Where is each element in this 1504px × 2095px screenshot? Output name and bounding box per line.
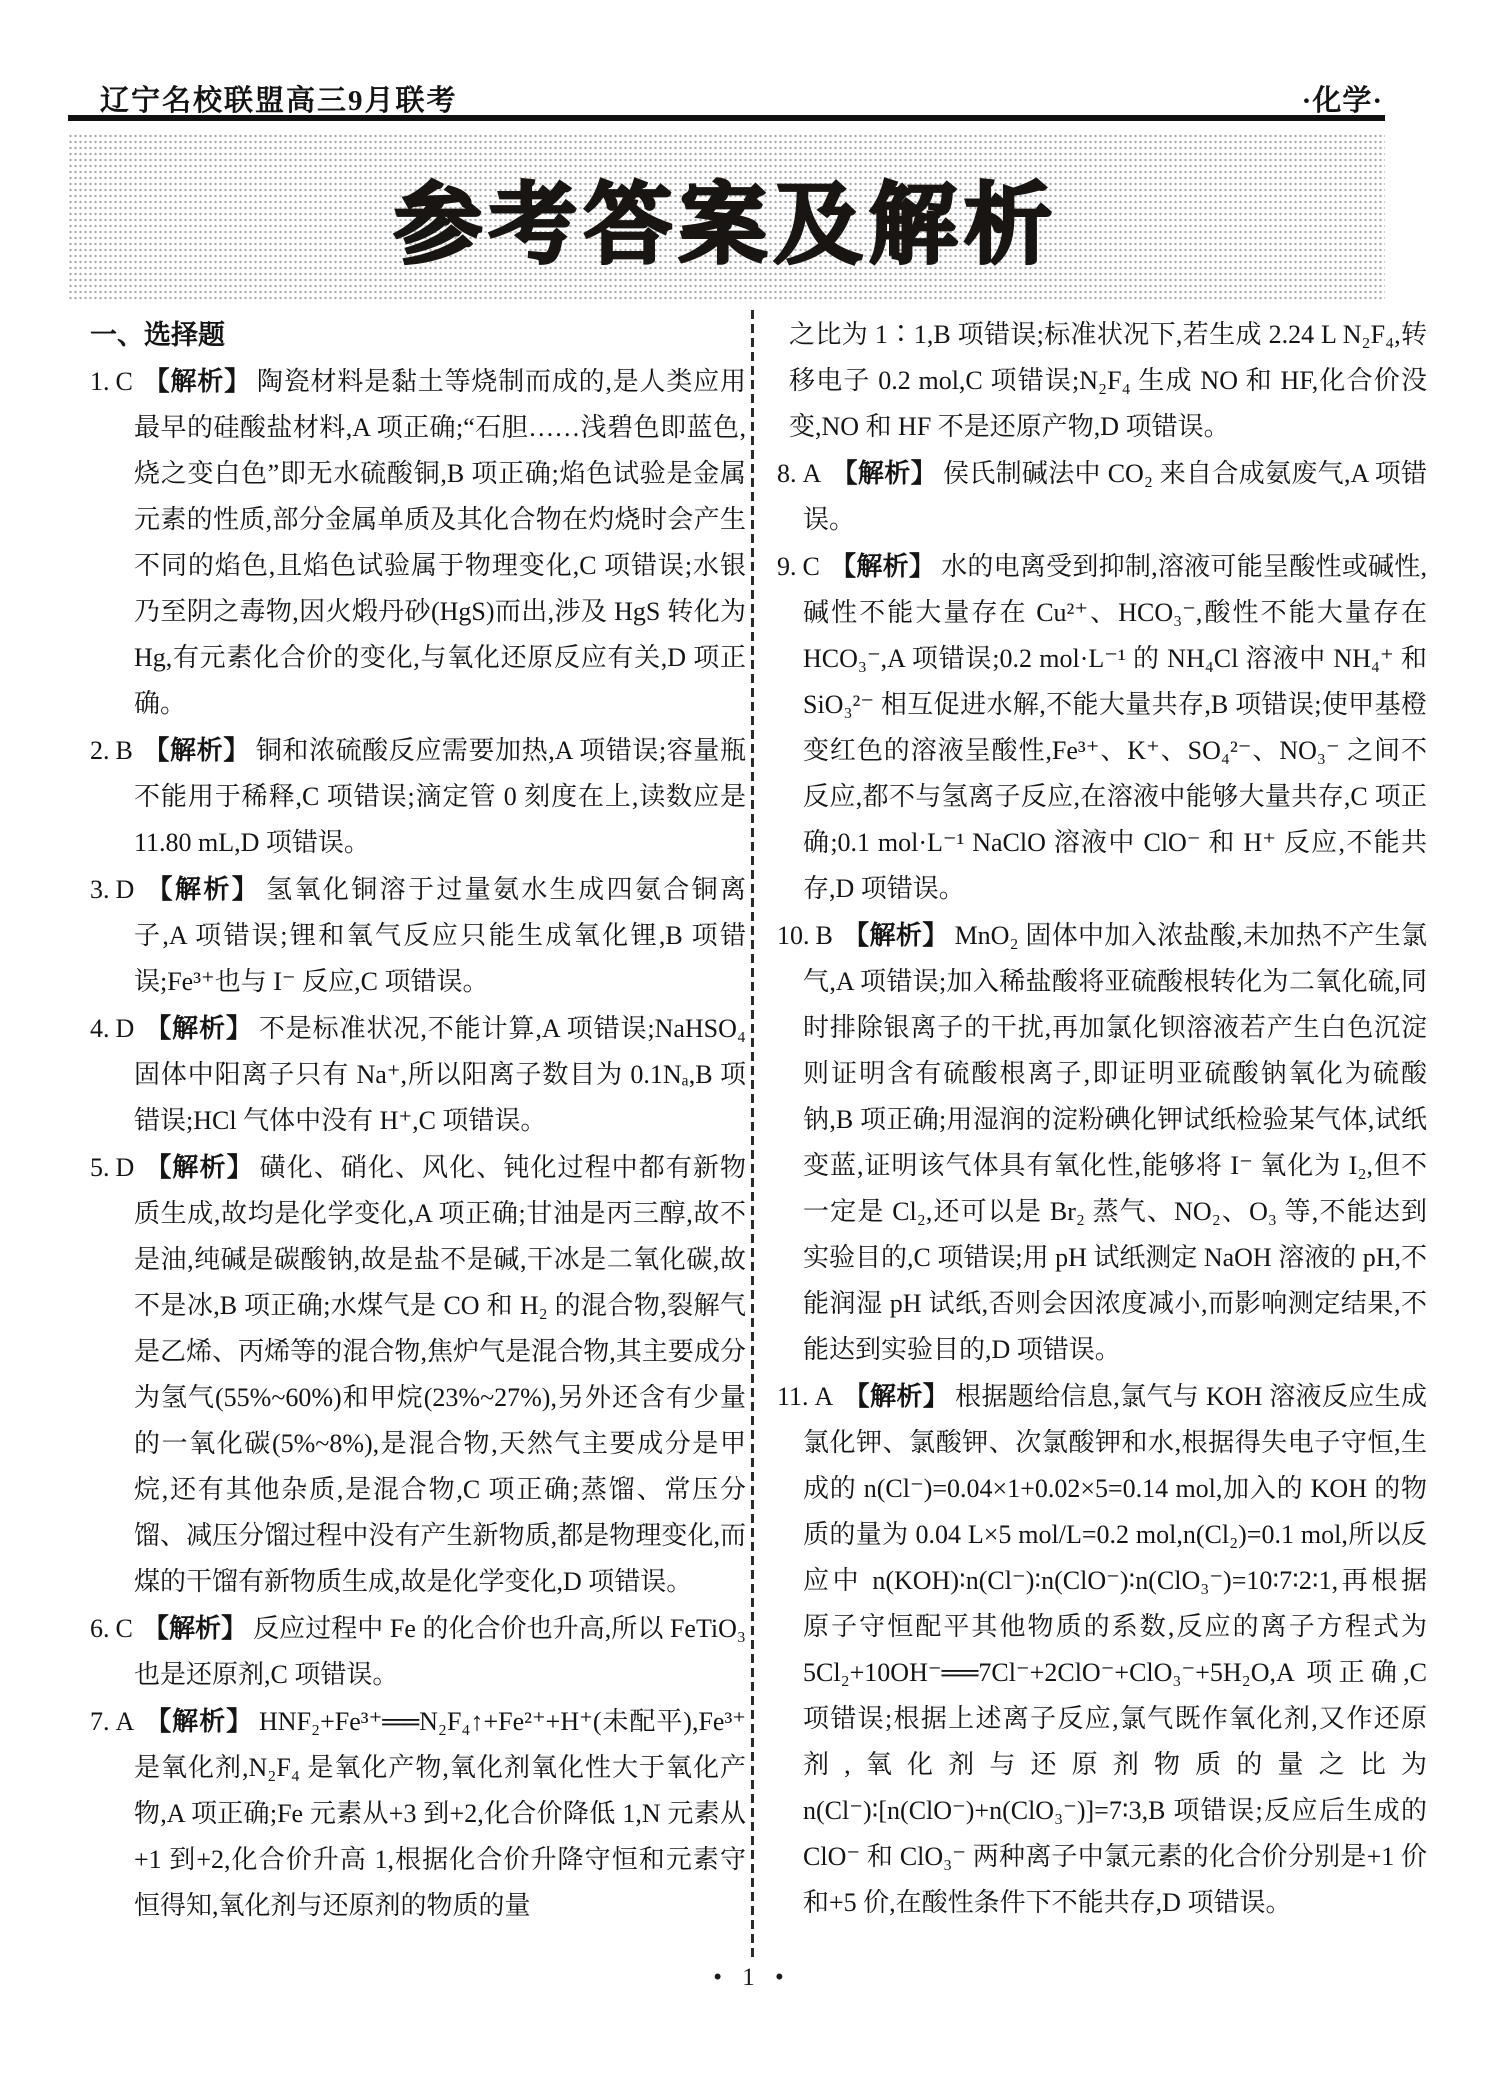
question-number: 2. [90, 736, 110, 765]
analysis-label: 【解析】 [143, 1613, 247, 1643]
banner-title: 参考答案及解析 [394, 155, 1059, 281]
answer-item-2: 2.B【解析】铜和浓硫酸反应需要加热,A 项错误;容量瓶不能用于稀释,C 项错误… [90, 727, 746, 866]
answer-banner: 参考答案及解析 [68, 133, 1385, 303]
answer-letter: B [116, 736, 133, 765]
answer-item-9: 9.C【解析】水的电离受到抑制,溶液可能呈酸性或碱性,碱性不能大量存在 Cu²⁺… [777, 543, 1427, 912]
question-number: 9. [777, 552, 797, 581]
answer-item-5: 5.D【解析】磺化、硝化、风化、钝化过程中都有新物质生成,故均是化学变化,A 项… [90, 1144, 746, 1605]
answer-letter: A [803, 459, 822, 488]
answer-letter: C [803, 552, 820, 581]
right-column: 之比为 1∶1,B 项错误;标准状况下,若生成 2.24 L N₂F₄,转移电子… [777, 312, 1427, 1926]
answer-item-1: 1.C【解析】陶瓷材料是黏土等烧制而成的,是人类应用最早的硅酸盐材料,A 项正确… [90, 358, 746, 727]
answer-letter: C [116, 1614, 133, 1643]
answer-letter: D [116, 1153, 135, 1182]
page-number: • 1 • [713, 1964, 791, 1991]
answer-letter: C [116, 367, 133, 396]
left-column: 一、选择题 1.C【解析】陶瓷材料是黏土等烧制而成的,是人类应用最早的硅酸盐材料… [90, 312, 746, 1929]
answer-item-4: 4.D【解析】不是标准状况,不能计算,A 项错误;NaHSO₄ 固体中阳离子只有… [90, 1005, 746, 1144]
analysis-label: 【解析】 [830, 551, 935, 581]
question-number: 4. [90, 1014, 110, 1043]
header-right-title: ·化学· [1302, 78, 1383, 119]
question-number: 10. [777, 921, 810, 950]
answer-item-11: 11.A【解析】根据题给信息,氯气与 KOH 溶液反应生成氯化钾、氯酸钾、次氯酸… [777, 1373, 1427, 1926]
header-rule [68, 115, 1385, 121]
answer-letter: D [116, 1014, 135, 1043]
question-number: 6. [90, 1614, 110, 1643]
analysis-text: 之比为 1∶1,B 项错误;标准状况下,若生成 2.24 L N₂F₄,转移电子… [789, 320, 1427, 441]
answer-item-7-continued: 之比为 1∶1,B 项错误;标准状况下,若生成 2.24 L N₂F₄,转移电子… [777, 312, 1427, 450]
analysis-text: 根据题给信息,氯气与 KOH 溶液反应生成氯化钾、氯酸钾、次氯酸钾和水,根据得失… [803, 1382, 1427, 1917]
analysis-text: MnO₂ 固体中加入浓盐酸,未加热不产生氯气,A 项错误;加入稀盐酸将亚硫酸根转… [803, 921, 1427, 1364]
analysis-label: 【解析】 [144, 1152, 253, 1182]
page-footer: • 1 • [0, 1964, 1504, 1992]
column-divider [751, 310, 754, 1960]
analysis-label: 【解析】 [843, 920, 949, 950]
analysis-label: 【解析】 [144, 1706, 253, 1736]
section-heading: 一、选择题 [90, 312, 746, 358]
question-number: 1. [90, 367, 110, 396]
answer-item-7: 7.A【解析】HNF₂+Fe³⁺══N₂F₄↑+Fe²⁺+H⁺(未配平),Fe³… [90, 1698, 746, 1929]
question-number: 8. [777, 459, 797, 488]
analysis-label: 【解析】 [144, 874, 260, 904]
analysis-label: 【解析】 [143, 735, 250, 765]
analysis-label: 【解析】 [143, 366, 251, 396]
answer-letter: A [815, 1382, 834, 1411]
answer-item-3: 3.D【解析】氢氧化铜溶于过量氨水生成四氨合铜离子,A 项错误;锂和氧气反应只能… [90, 866, 746, 1005]
header-left-title: 辽宁名校联盟高三9月联考 [100, 78, 458, 119]
analysis-text: HNF₂+Fe³⁺══N₂F₄↑+Fe²⁺+H⁺(未配平),Fe³⁺ 是氧化剂,… [134, 1707, 746, 1920]
question-number: 7. [90, 1707, 110, 1736]
analysis-text: 陶瓷材料是黏土等烧制而成的,是人类应用最早的硅酸盐材料,A 项正确;“石胆……浅… [134, 367, 746, 718]
answer-item-10: 10.B【解析】MnO₂ 固体中加入浓盐酸,未加热不产生氯气,A 项错误;加入稀… [777, 912, 1427, 1373]
analysis-label: 【解析】 [144, 1013, 253, 1043]
question-number: 11. [777, 1382, 809, 1411]
answer-letter: B [816, 921, 833, 950]
answer-letter: D [116, 875, 135, 904]
analysis-label: 【解析】 [843, 1381, 949, 1411]
answer-item-8: 8.A【解析】侯氏制碱法中 CO₂ 来自合成氨废气,A 项错误。 [777, 450, 1427, 543]
analysis-text: 磺化、硝化、风化、钝化过程中都有新物质生成,故均是化学变化,A 项正确;甘油是丙… [134, 1153, 746, 1596]
analysis-label: 【解析】 [831, 458, 937, 488]
page: 辽宁名校联盟高三9月联考 ·化学· 参考答案及解析 一、选择题 1.C【解析】陶… [0, 0, 1504, 2095]
answer-item-6: 6.C【解析】反应过程中 Fe 的化合价也升高,所以 FeTiO₃ 也是还原剂,… [90, 1605, 746, 1698]
question-number: 5. [90, 1153, 110, 1182]
answer-letter: A [116, 1707, 135, 1736]
analysis-text: 水的电离受到抑制,溶液可能呈酸性或碱性,碱性不能大量存在 Cu²⁺、HCO₃⁻,… [803, 552, 1427, 903]
question-number: 3. [90, 875, 110, 904]
